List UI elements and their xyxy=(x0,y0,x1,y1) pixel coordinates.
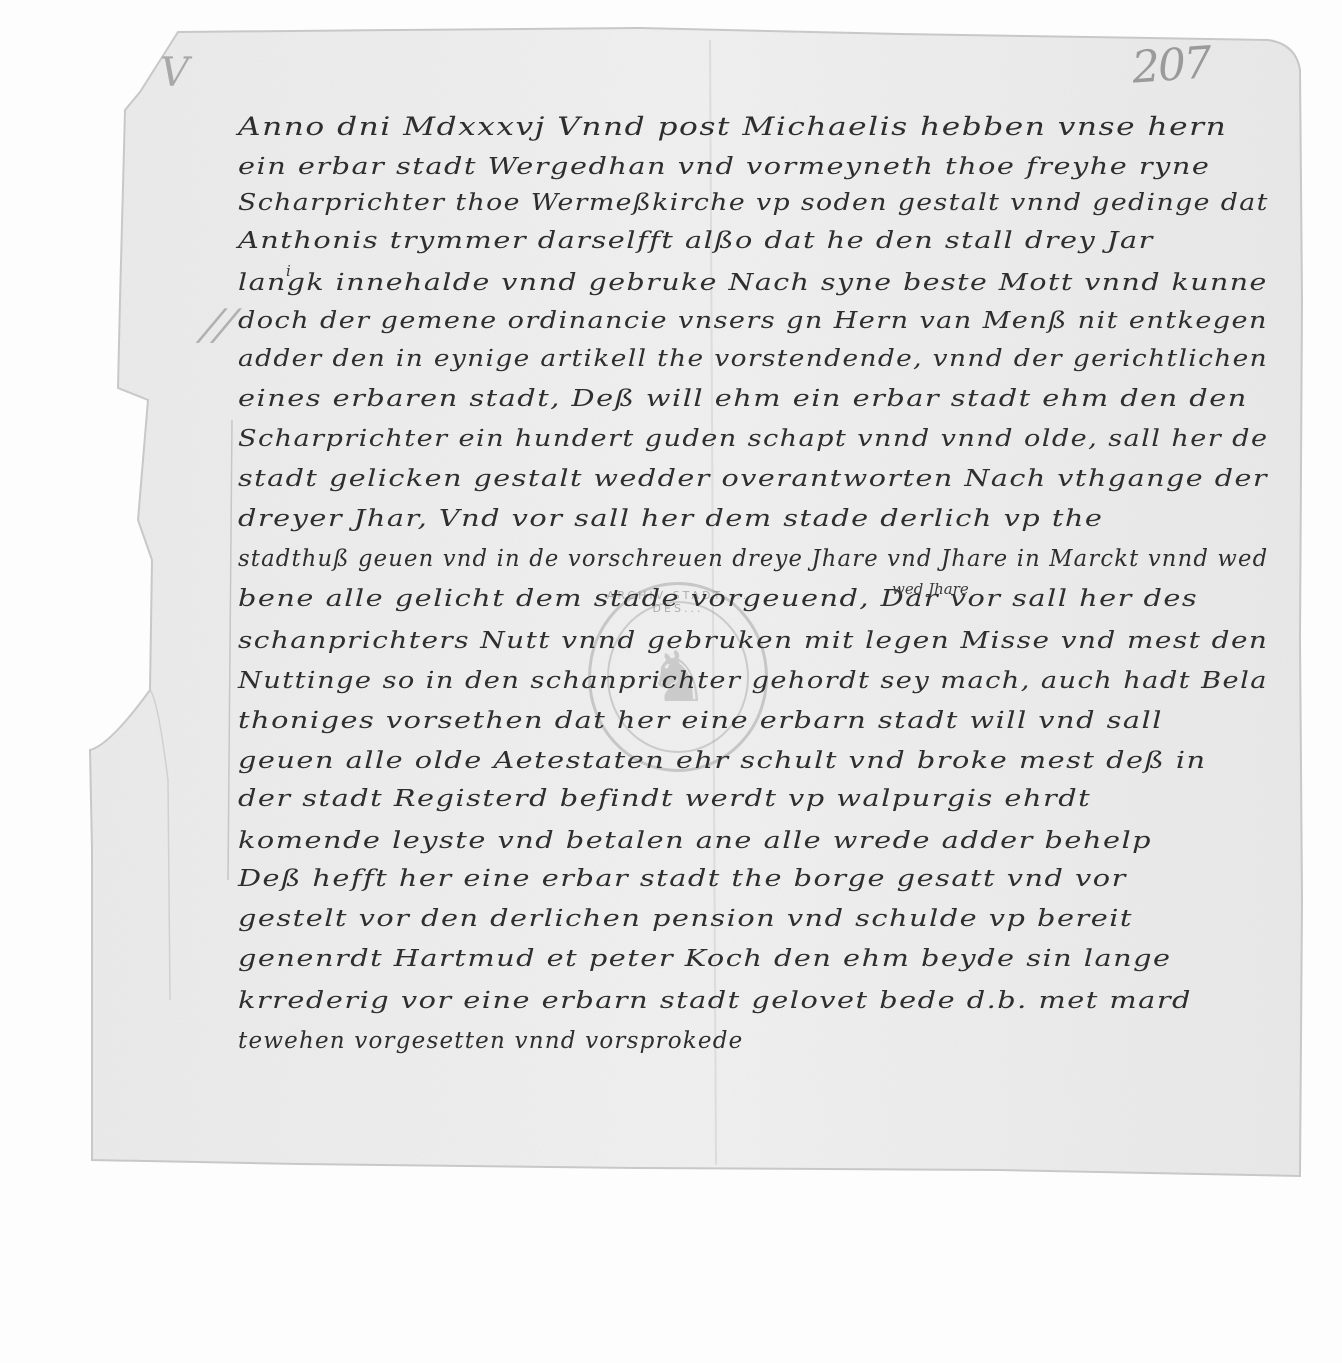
text-line: geuen alle olde Aetestaten ehr schult vn… xyxy=(238,748,1207,774)
text-line: dreyer Jhar, Vnd vor sall her dem stade … xyxy=(238,506,1103,532)
text-line: doch der gemene ordinancie vnsers gn Her… xyxy=(238,308,1268,334)
text-line: Anno dni Mdxxxvj Vnnd post Michaelis heb… xyxy=(238,112,1227,141)
text-line: langk innehalde vnnd gebruke Nach syne b… xyxy=(238,270,1268,296)
text-line: stadthuß geuen vnd in de vorschreuen dre… xyxy=(238,546,1268,572)
text-line: der stadt Registerd befindt werdt vp wal… xyxy=(238,786,1091,812)
text-line: gestelt vor den derlichen pension vnd sc… xyxy=(238,906,1133,932)
text-line: ein erbar stadt Wergedhan vnd vormeyneth… xyxy=(238,154,1210,180)
margin-mark-top: V xyxy=(160,50,189,96)
text-line: komende leyste vnd betalen ane alle wred… xyxy=(238,828,1152,854)
text-line: stadt gelicken gestalt wedder overantwor… xyxy=(238,466,1268,492)
text-line: bene alle gelicht dem stade vorgeuend, D… xyxy=(238,586,1198,612)
text-line: Scharprichter ein hundert guden schapt v… xyxy=(238,426,1268,452)
text-line: Scharprichter thoe Wermeßkirche vp soden… xyxy=(238,190,1269,216)
text-line: Deß hefft her eine erbar stadt the borge… xyxy=(238,866,1127,892)
interlinear-insertion: i xyxy=(286,262,291,280)
text-line: thoniges vorsethen dat her eine erbarn s… xyxy=(238,708,1163,734)
text-line: genenrdt Hartmud et peter Koch den ehm b… xyxy=(238,946,1172,972)
text-line: schanprichters Nutt vnnd gebruken mit le… xyxy=(238,628,1268,654)
text-line: tewehen vorgesetten vnnd vorsprokede xyxy=(238,1028,743,1054)
interlinear-insertion: wed Jhare xyxy=(892,580,969,598)
folio-number: 207 xyxy=(1130,37,1211,93)
text-line: Nuttinge so in den schanprichter gehordt… xyxy=(238,668,1268,694)
text-line: eines erbaren stadt, Deß will ehm ein er… xyxy=(238,386,1248,412)
text-line: adder den in eynige artikell the vorsten… xyxy=(238,346,1268,372)
text-line: Anthonis trymmer darselfft alßo dat he d… xyxy=(238,228,1154,254)
text-line: krrederig vor eine erbarn stadt gelovet … xyxy=(238,988,1192,1014)
